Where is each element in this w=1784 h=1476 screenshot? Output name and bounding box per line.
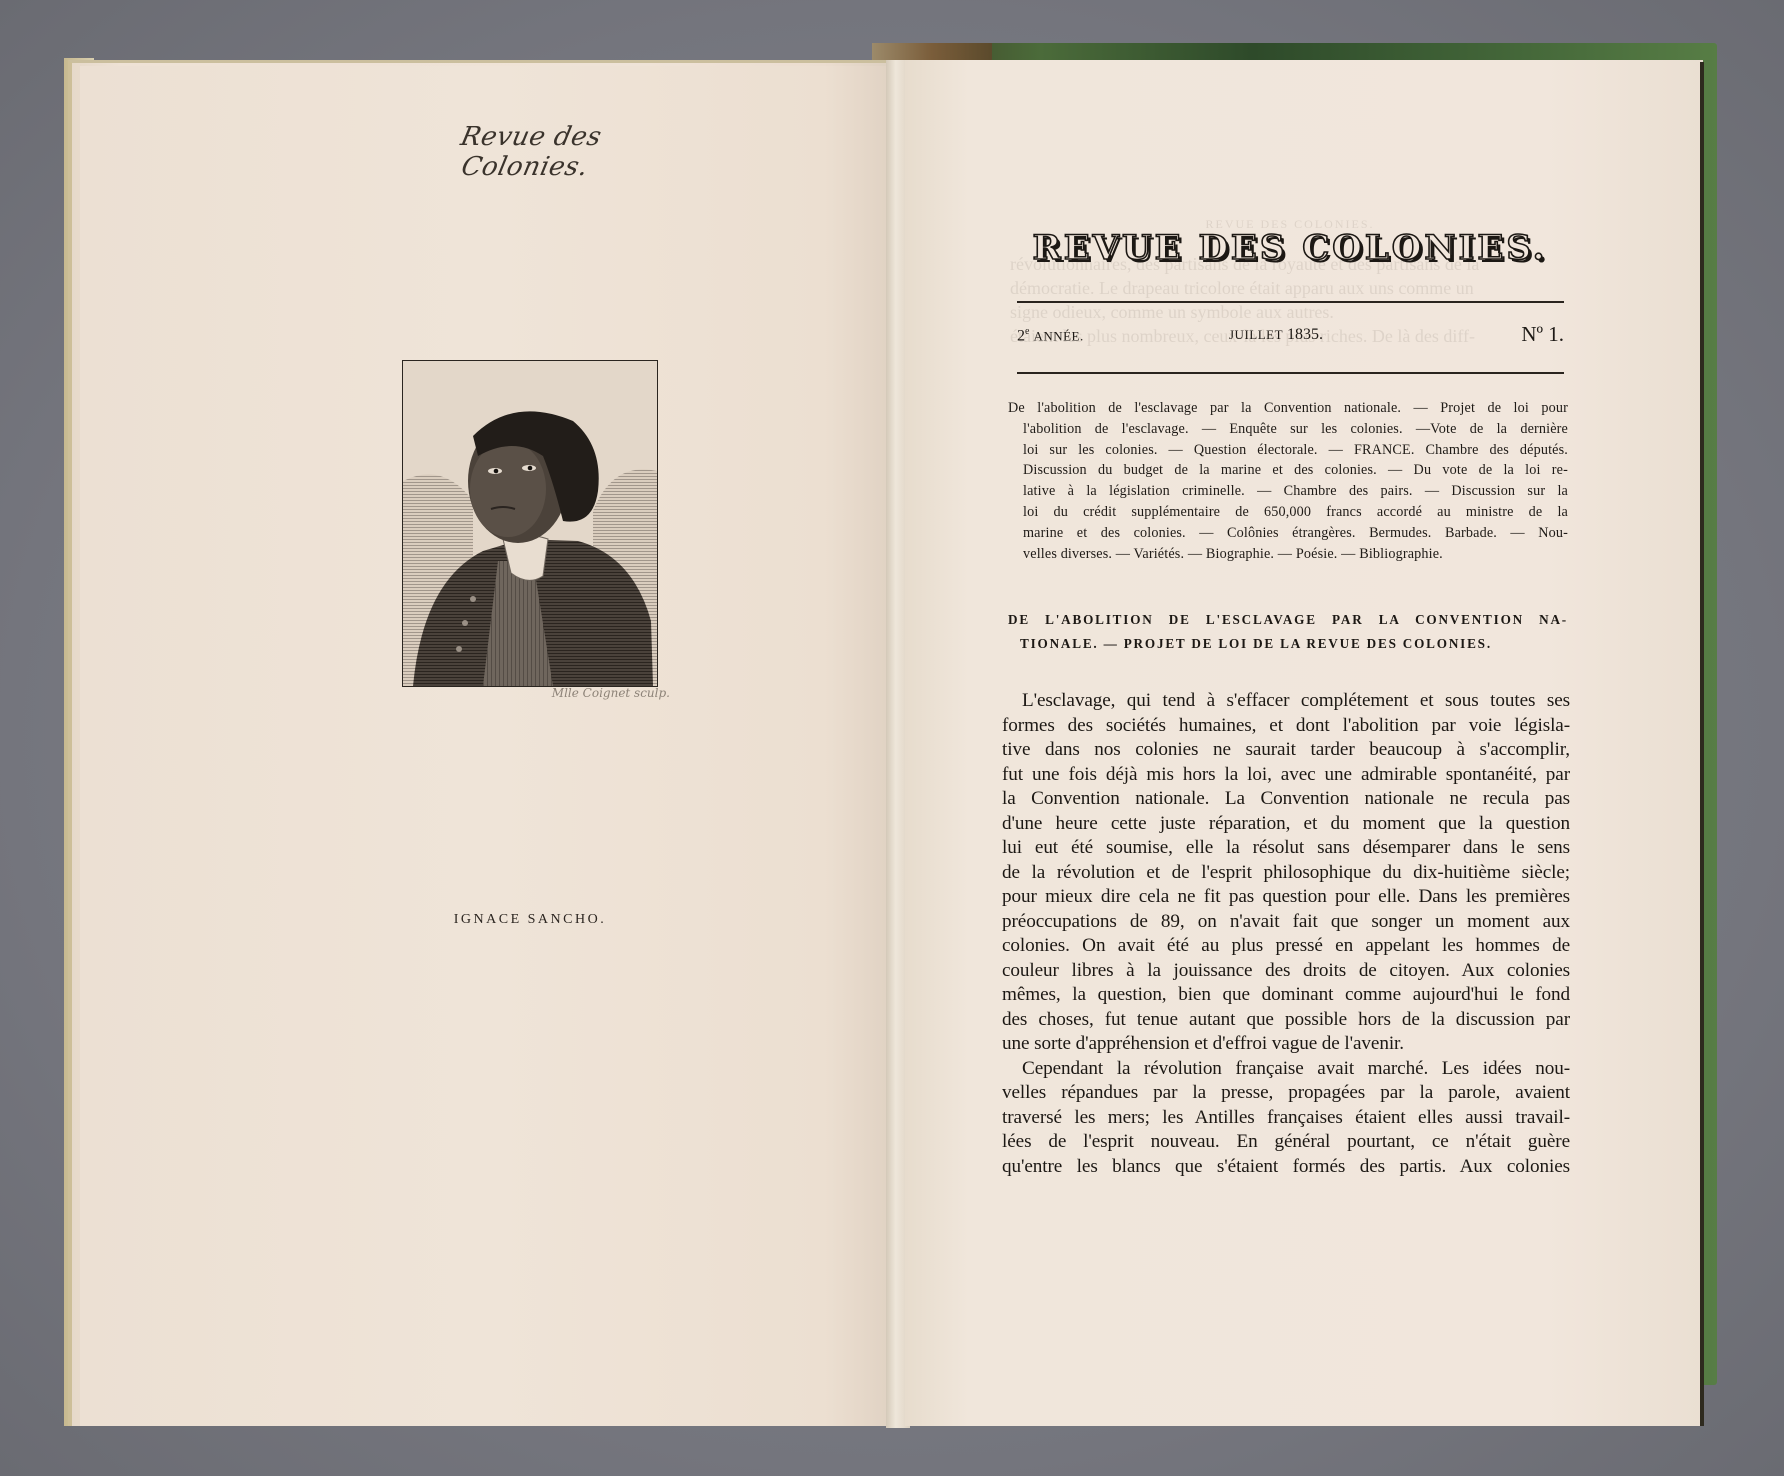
summary-line: velles diverses. — Variétés. — Biographi… [1008, 544, 1568, 565]
body-line: velles répandues par la presse, propagée… [1002, 1081, 1570, 1106]
body-line: Cependant la révolution française avait … [1002, 1057, 1570, 1082]
article-heading: DE L'ABOLITION DE L'ESCLAVAGE PAR LA CON… [1008, 608, 1568, 656]
summary-line: l'abolition de l'esclavage. — Enquête su… [1008, 419, 1568, 440]
summary-line: De l'abolition de l'esclavage par la Con… [1008, 398, 1568, 419]
issue-year-sup: e [1025, 326, 1029, 337]
masthead-title: REVUE DES COLONIES. [1010, 228, 1570, 268]
summary-line: lative à la législation criminelle. — Ch… [1008, 481, 1568, 502]
body-line: préoccupations de 89, on n'avait fait qu… [1002, 910, 1570, 935]
body-line: couleur libres à la jouissance des droit… [1002, 959, 1570, 984]
portrait-engraving [402, 360, 658, 687]
body-line: tive dans nos colonies ne saurait tarder… [1002, 738, 1570, 763]
body-line: L'esclavage, qui tend à s'effacer complé… [1002, 689, 1570, 714]
issue-summary: De l'abolition de l'esclavage par la Con… [1008, 398, 1568, 564]
right-page-edge [1700, 62, 1704, 1426]
body-line: pour mieux dire cela ne fit pas question… [1002, 885, 1570, 910]
book-cover-corner-worn [872, 43, 992, 61]
summary-line: loi du crédit supplémentaire de 650,000 … [1008, 502, 1568, 523]
engraver-credit: Mlle Coignet sculp. [530, 686, 670, 700]
body-line: lées de l'esprit nouveau. En général pou… [1002, 1130, 1570, 1155]
body-line: traversé les mers; les Antilles français… [1002, 1106, 1570, 1131]
issue-year-label: ANNÉE. [1033, 328, 1083, 343]
summary-line: Discussion du budget de la marine et des… [1008, 460, 1568, 481]
body-line: mêmes, la question, bien que dominant co… [1002, 983, 1570, 1008]
portrait-icon [403, 361, 657, 686]
issue-year: 2e ANNÉE. [1017, 326, 1084, 345]
body-line: lui eut été soumise, elle la résolut san… [1002, 836, 1570, 861]
body-line: d'une heure cette juste réparation, et d… [1002, 812, 1570, 837]
issue-month: JUILLET [1229, 327, 1283, 342]
masthead-rule-top [1017, 301, 1564, 303]
article-body: L'esclavage, qui tend à s'effacer complé… [1002, 689, 1570, 1179]
body-line: qu'entre les blancs que s'étaient formés… [1002, 1155, 1570, 1180]
body-line: une sorte d'appréhension et d'effroi vag… [1002, 1032, 1570, 1057]
issue-info-row: 2e ANNÉE. JUILLET 1835. Nº 1. [1017, 322, 1564, 352]
issue-number: Nº 1. [1521, 322, 1564, 347]
body-line: colonies. On avait été au plus pressé en… [1002, 934, 1570, 959]
summary-line: marine et des colonies. — Colônies étran… [1008, 523, 1568, 544]
body-line: de la révolution et de l'esprit philosop… [1002, 861, 1570, 886]
body-line: formes des sociétés humaines, et dont l'… [1002, 714, 1570, 739]
body-line: la Convention nationale. La Convention n… [1002, 787, 1570, 812]
body-line: des choses, fut tenue autant que possibl… [1002, 1008, 1570, 1033]
left-page-sheet [80, 66, 890, 1426]
issue-year-number: 2 [1017, 327, 1025, 344]
article-heading-line: DE L'ABOLITION DE L'ESCLAVAGE PAR LA CON… [1008, 608, 1568, 632]
article-heading-line: TIONALE. — PROJET DE LOI DE LA REVUE DES… [1008, 632, 1568, 656]
masthead-rule-bottom [1017, 372, 1564, 374]
left-page-script-title: Revue des Colonies. [392, 122, 665, 182]
portrait-caption: IGNACE SANCHO. [400, 912, 660, 928]
issue-year-value: 1835. [1287, 326, 1323, 343]
issue-date: JUILLET 1835. [1229, 326, 1323, 344]
body-line: fut une fois déjà mis hors la loi, avec … [1002, 763, 1570, 788]
summary-line: loi sur les colonies. — Question élector… [1008, 440, 1568, 461]
